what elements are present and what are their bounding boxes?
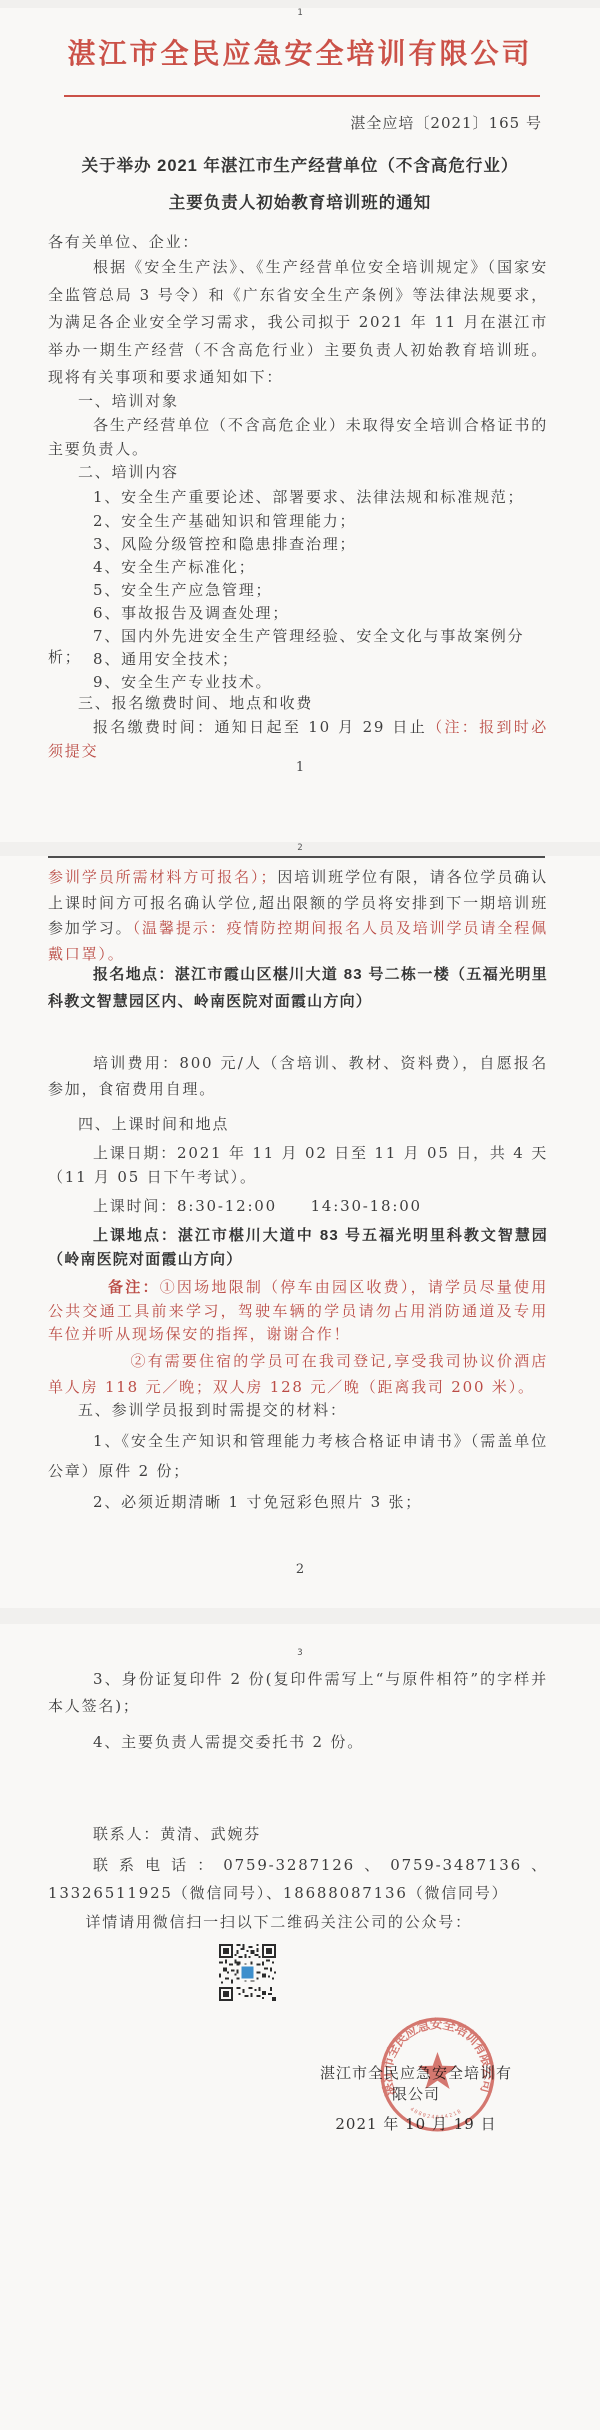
scan-corner-mark-2: 2: [0, 843, 600, 853]
svg-text:408024644218: 408024644218: [409, 2107, 464, 2121]
material-4: 4、主要负责人需提交委托书 2 份。: [48, 1731, 548, 1755]
training-item: 9、安全生产专业技术。: [48, 671, 548, 692]
class-date: 上课日期：2021 年 11 月 02 日至 11 月 05 日，共 4 天（1…: [48, 1142, 548, 1189]
note-1: 备注：①因场地限制（停车由园区收费），请学员尽量使用公共交通工具前来学习，驾驶车…: [48, 1276, 548, 1347]
salutation: 各有关单位、企业：: [48, 231, 548, 255]
intro-paragraph: 根据《安全生产法》、《生产经营单位安全培训规定》（国家安全监管总局 3 号令）和…: [48, 254, 548, 392]
contact-phone: 联系电话：0759-3287126、0759-3487136、133265119…: [48, 1851, 548, 1907]
note-1-label: 备注：: [108, 1279, 160, 1296]
letterhead-org-name: 湛江市全民应急安全培训有限公司: [0, 32, 600, 72]
letterhead-rule: [64, 95, 540, 97]
section4-heading: 四、上课时间和地点: [48, 1113, 548, 1137]
page-number-2: 2: [0, 1562, 600, 1577]
training-item: 1、安全生产重要论述、部署要求、法律法规和标准规范；: [48, 486, 548, 507]
training-item: 2、安全生产基础知识和管理能力；: [48, 510, 548, 531]
document-number: 湛全应培〔2021〕165 号: [0, 112, 542, 133]
section1-body: 各生产经营单位（不含高危企业）未取得安全培训合格证书的主要负责人。: [48, 414, 548, 461]
training-item: 6、事故报告及调查处理；: [48, 602, 548, 623]
section3-heading: 三、报名缴费时间、地点和收费: [48, 692, 548, 716]
scan-edge-top: [0, 0, 600, 8]
wechat-qr-code: [219, 1944, 276, 2001]
class-time: 上课时间：8:30-12:00 14:30-18:00: [48, 1195, 548, 1219]
continuation-red-1: 参训学员所需材料方可报名）；: [48, 868, 277, 886]
contact-person: 联系人：黄清、武婉芬: [48, 1823, 548, 1847]
material-2: 2、必须近期清晰 1 寸免冠彩色照片 3 张；: [48, 1491, 548, 1515]
company-seal: 湛江市全民应急安全培训有限公司 408024644218: [376, 2013, 499, 2136]
class-location: 上课地点：湛江市椹川大道中 83 号五福光明里科教文智慧园（岭南医院对面霞山方向…: [48, 1224, 548, 1271]
qr-finder-top-left: [219, 1944, 233, 1958]
qr-center-logo: [242, 1967, 254, 1979]
document-title-line1: 关于举办 2021 年湛江市生产经营单位（不含高危行业）: [0, 152, 600, 176]
fee-time-black: 报名缴费时间：通知日起至 10 月 29 日止: [93, 718, 427, 736]
note-2: ②有需要住宿的学员可在我司登记,享受我司协议价酒店单人房 118 元／晚；双人房…: [48, 1349, 548, 1400]
signup-location: 报名地点：湛江市霞山区椹川大道 83 号二栋一楼（五福光明里科教文智慧园区内、岭…: [48, 961, 548, 1015]
scan-corner-mark-1: 1: [0, 8, 600, 18]
scan-edge-page2-bottom: [0, 1608, 600, 1624]
training-item: 8、通用安全技术；: [48, 648, 548, 669]
section2-heading: 二、培训内容: [48, 461, 548, 485]
training-item: 4、安全生产标准化；: [48, 556, 548, 577]
material-3: 3、身份证复印件 2 份(复印件需写上“与原件相符”的字样并本人签名)；: [48, 1666, 548, 1720]
training-item: 3、风险分级管控和隐患排查治理；: [48, 533, 548, 554]
fee-time-line: 报名缴费时间：通知日起至 10 月 29 日止（注：报到时必须提交: [48, 716, 548, 763]
training-item: 5、安全生产应急管理；: [48, 579, 548, 600]
scanned-notice-document: { "colors": { "header_red": "#cb5148", "…: [0, 0, 600, 2430]
section1-heading: 一、培训对象: [48, 390, 548, 414]
page-number-1: 1: [0, 760, 600, 775]
qr-prompt: 详情请用微信扫一扫以下二维码关注公司的公众号：: [48, 1911, 548, 1935]
continuation-paragraph: 参训学员所需材料方可报名）；因培训班学位有限，请各位学员确认上课时间方可报名确认…: [48, 865, 548, 967]
scan-corner-mark-3: 3: [0, 1648, 600, 1658]
qr-finder-bottom-left: [219, 1987, 233, 2001]
qr-finder-top-right: [262, 1944, 276, 1958]
material-1: 1、《安全生产知识和管理能力考核合格证申请书》（需盖单位公章）原件 2 份；: [48, 1426, 548, 1486]
seal-star-icon: [418, 2052, 457, 2089]
document-title-line2: 主要负责人初始教育培训班的通知: [0, 189, 600, 213]
seal-code: 408024644218: [409, 2107, 464, 2121]
page-divider: [48, 856, 545, 858]
fee-paragraph: 培训费用：800 元/人（含培训、教材、资料费），自愿报名参加，食宿费用自理。: [48, 1051, 548, 1102]
section5-heading: 五、参训学员报到时需提交的材料：: [48, 1399, 548, 1423]
